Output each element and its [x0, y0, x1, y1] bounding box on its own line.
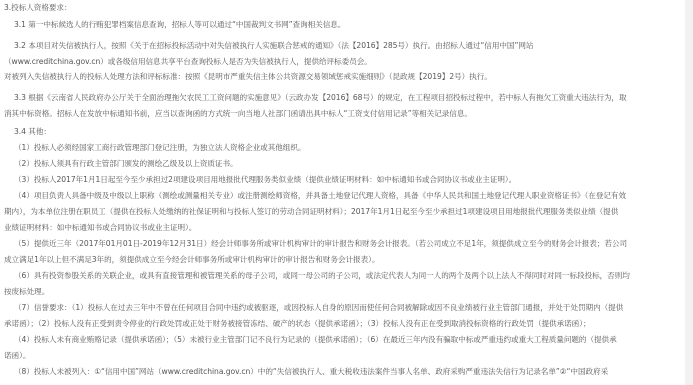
item-3: （3）投标人2017年1月1日起至今至少承担过2项建设项目用地报批代理服务类似业… [14, 174, 680, 185]
clause-3-1: 3.1 第一中标候选人的行贿犯罪档案信息查询，招标人等可以通过“中国裁判文书网”… [14, 19, 680, 30]
clause-3-2-cont2: 对被列入失信被执行人的投标人处理方法和评标标准：按照《昆明市严重失信主体公共资源… [4, 71, 680, 82]
clause-3-4: 3.4 其他： [14, 126, 680, 137]
item-4: （4）项目负责人具备中级及中级以上职称（测绘或测量相关专业）或注册测绘师资格，并… [14, 190, 680, 201]
item-6: （6）具有投资参股关系的关联企业，或具有直接管理和被管理关系的母子公司，或同一母… [14, 270, 680, 281]
item-8: （8）投标人未被列入：①“信用中国”网站（www.creditchina.gov… [14, 366, 680, 377]
item-4-cont: 期内），为本单位注册在职员工（提供在投标人处缴纳的社保证明和与投标人签订的劳动合… [4, 206, 680, 217]
item-7-cont2: （4）投标人未有商业贿赂记录（提供承诺函）；（5）未被行业主管部门记不良行为记录… [14, 334, 680, 345]
item-4-cont2: 业绩证明材料：如中标通知书或合同协议书或业主证明）。 [4, 222, 680, 233]
clause-3-2-cont: （www.creditchina.gov.cn）或各级信用信息共享平台查询投标人… [4, 56, 680, 67]
item-1: （1）投标人必须经国家工商行政管理部门登记注册，为独立法人资格企业或其他组织。 [14, 142, 680, 153]
clause-3-3-cont: 消其中标资格。招标人在发放中标通知书前，应当以查询函的方式统一向当地人社部门函请… [4, 108, 680, 119]
item-5-cont: 成立满足1年以上但不满足3年的，须提供成立至今经会计师事务所或审计机构审计的审计… [4, 254, 680, 265]
item-7-cont: 承诺函）；（2）投标人没有正受到责令停业的行政处罚或正处于财务被接管冻结、破产的… [4, 318, 680, 329]
item-6-cont: 按废标处理。 [4, 286, 680, 297]
item-7-cont3: 诺函）。 [4, 350, 680, 361]
section-heading: 3.投标人资格要求： [4, 2, 680, 13]
scrollbar-track[interactable] [685, 0, 693, 385]
clause-3-2: 3.2 本项目对失信被执行人，按照《关于在招标投标活动中对失信被执行人实施联合惩… [14, 40, 680, 51]
item-5: （5）提供近三年（2017年01月01日-2019年12月31日）经会计师事务所… [14, 238, 680, 249]
clause-3-3: 3.3 根据《云南省人民政府办公厅关于全面治理拖欠农民工工资问题的实施意见》（云… [14, 92, 680, 103]
item-7: （7）信誉要求：（1）投标人在过去三年中不曾在任何项目合同中违约或被驱逐，或因投… [14, 302, 680, 313]
document-body: 3.投标人资格要求： 3.1 第一中标候选人的行贿犯罪档案信息查询，招标人等可以… [0, 0, 684, 385]
item-2: （2）投标人须具有行政主管部门颁发的测绘乙级及以上资质证书。 [14, 158, 680, 169]
